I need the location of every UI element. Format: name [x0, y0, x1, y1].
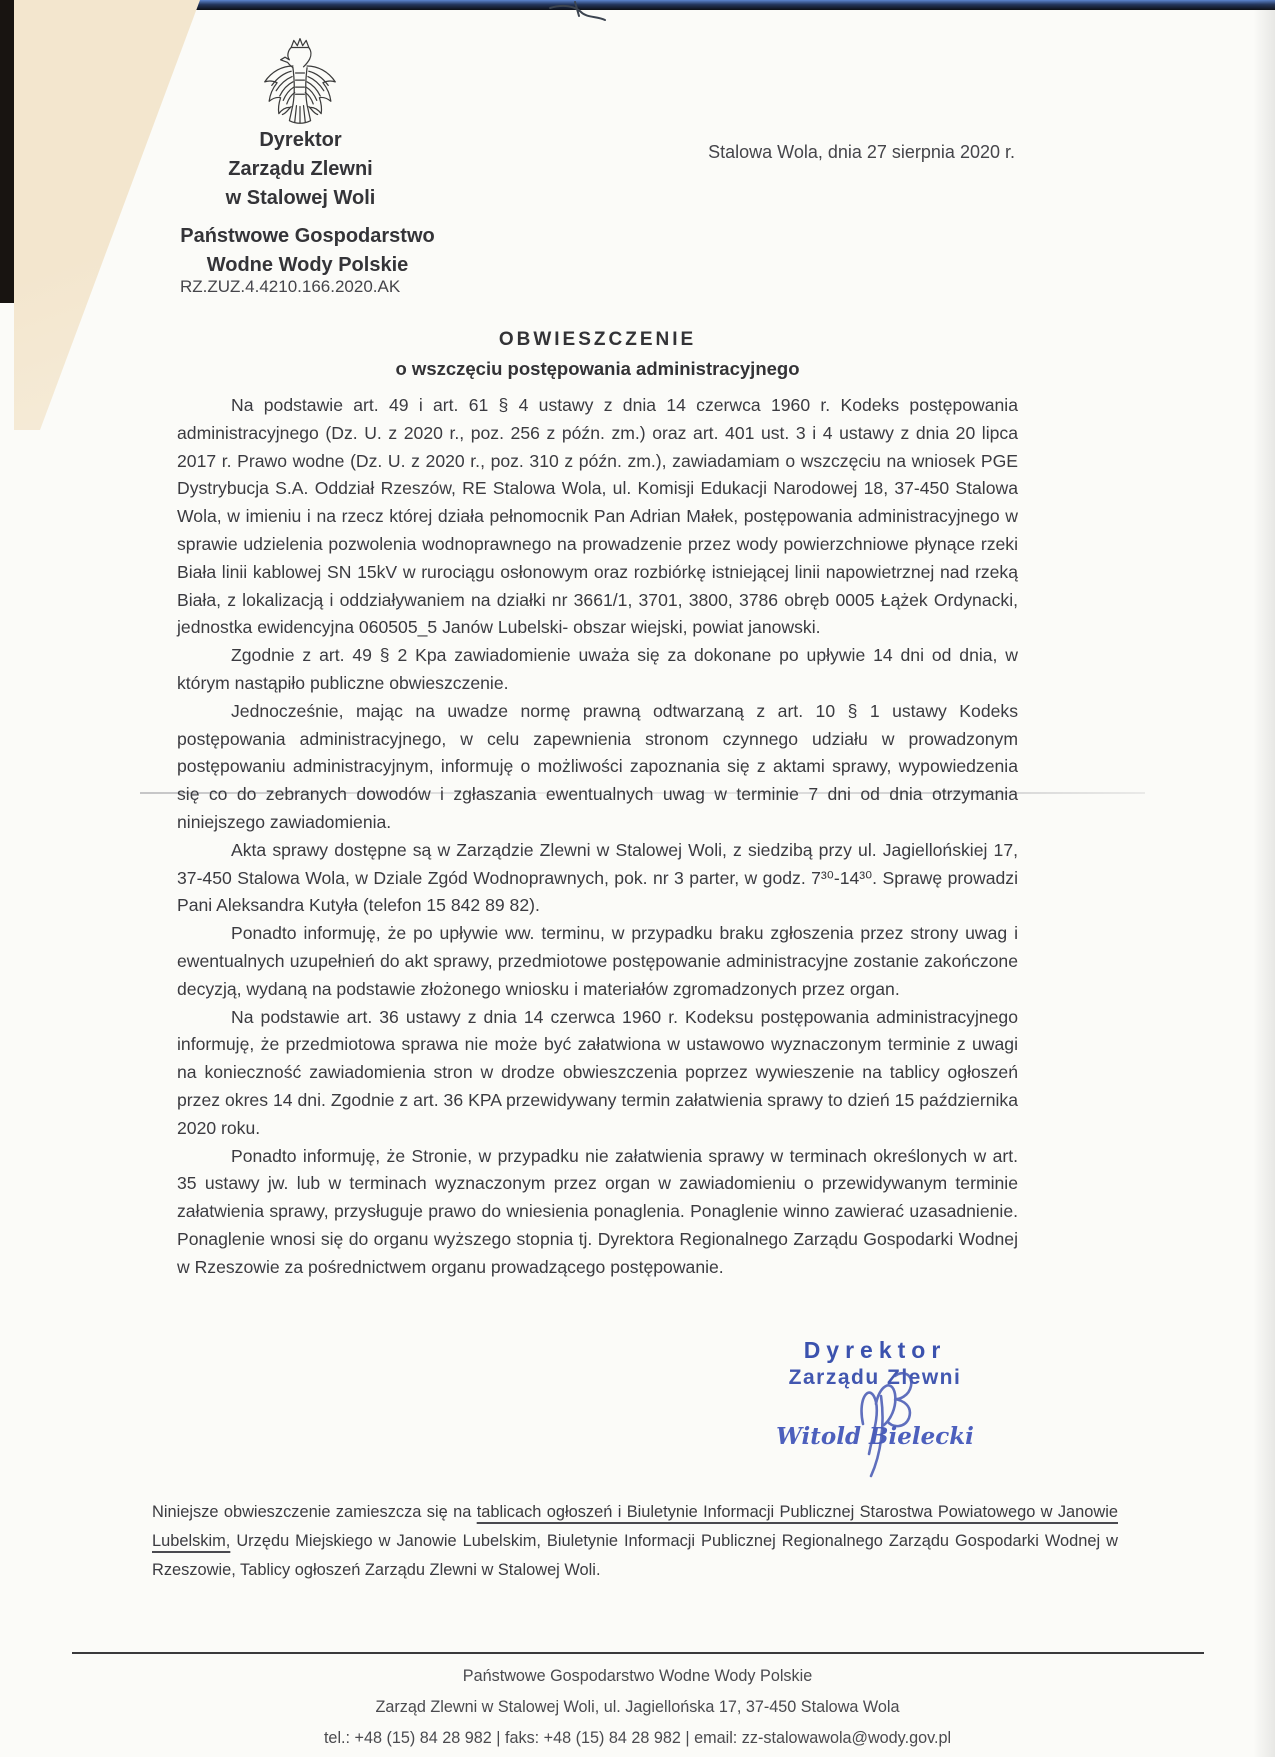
reference-number: RZ.ZUZ.4.4210.166.2020.AK: [180, 277, 400, 297]
polish-eagle-icon: [250, 36, 350, 133]
body-paragraph: Ponadto informuję, że po upływie ww. ter…: [177, 920, 1018, 1003]
footer-contact: tel.: +48 (15) 84 28 982 | faks: +48 (15…: [0, 1723, 1275, 1754]
organization-name: Państwowe Gospodarstwo Wodne Wody Polski…: [165, 222, 450, 280]
organization-line: Wodne Wody Polskie: [165, 251, 450, 280]
document-body: Na podstawie art. 49 i art. 61 § 4 ustaw…: [177, 392, 1018, 1282]
issuer-block: Dyrektor Zarządu Zlewni w Stalowej Woli: [193, 126, 408, 213]
scanned-document-page: { "header": { "emblem": "polish-eagle-co…: [0, 0, 1275, 1757]
footer-divider: [72, 1652, 1204, 1654]
body-paragraph: Na podstawie art. 49 i art. 61 § 4 ustaw…: [177, 392, 1018, 642]
footer-block: Państwowe Gospodarstwo Wodne Wody Polski…: [0, 1661, 1275, 1754]
footer-organization: Państwowe Gospodarstwo Wodne Wody Polski…: [0, 1661, 1275, 1692]
document-title-block: OBWIESZCZENIE o wszczęciu postępowania a…: [177, 329, 1018, 380]
handwritten-signature-icon: [845, 1362, 955, 1482]
publication-note: Niniejsze obwieszczenie zamieszcza się n…: [152, 1498, 1118, 1584]
document-title: OBWIESZCZENIE: [177, 329, 1018, 351]
body-paragraph: Na podstawie art. 36 ustawy z dnia 14 cz…: [177, 1004, 1018, 1143]
issuer-line: Dyrektor: [193, 126, 408, 155]
issuer-line: w Stalowej Woli: [193, 184, 408, 213]
publication-note-text: Urzędu Miejskiego w Janowie Lubelskim, B…: [152, 1532, 1118, 1579]
signature-role-title: Dyrektor: [765, 1336, 985, 1364]
body-paragraph: Akta sprawy dostępne są w Zarządzie Zlew…: [177, 837, 1018, 920]
document-subtitle: o wszczęciu postępowania administracyjne…: [177, 358, 1018, 380]
publication-note-text: Niniejsze obwieszczenie zamieszcza się n…: [152, 1503, 477, 1521]
organization-line: Państwowe Gospodarstwo: [165, 222, 450, 251]
body-paragraph: Jednocześnie, mając na uwadze normę praw…: [177, 698, 1018, 837]
scan-edge-right: [1253, 0, 1275, 1757]
place-and-date: Stalowa Wola, dnia 27 sierpnia 2020 r.: [640, 142, 1015, 163]
scan-mark-icon: [545, 0, 615, 30]
body-paragraph: Ponadto informuję, że Stronie, w przypad…: [177, 1143, 1018, 1282]
body-paragraph: Zgodnie z art. 49 § 2 Kpa zawiadomienie …: [177, 642, 1018, 698]
scan-edge-left: [0, 0, 14, 303]
issuer-line: Zarządu Zlewni: [193, 155, 408, 184]
footer-address: Zarząd Zlewni w Stalowej Woli, ul. Jagie…: [0, 1692, 1275, 1723]
